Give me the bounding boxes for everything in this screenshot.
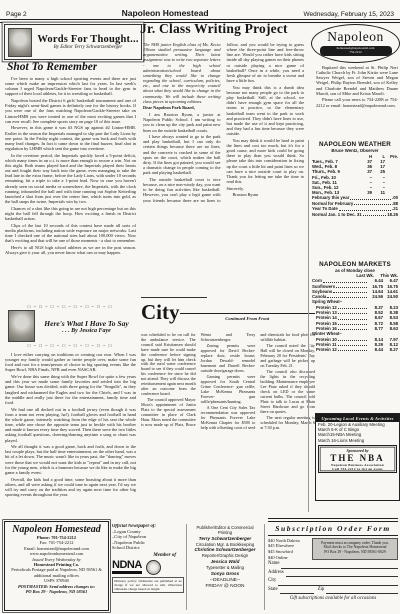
field-label: City (268, 577, 276, 586)
logo-contact-band: homestead@napoleonnd.com 754-2212 (320, 46, 392, 56)
dot-leader (336, 287, 367, 288)
gift-subscription-note: Gift subscriptions available for all occ… (268, 596, 398, 601)
dot-leader (354, 204, 391, 205)
field-label: Address (268, 569, 284, 578)
events-box: Upcoming Local Events & Activities Feb. … (315, 413, 400, 501)
dot-leader (323, 282, 367, 283)
dot-leader (338, 308, 367, 309)
shot-article-body: I've been to many a high school sporting… (5, 76, 136, 301)
markets-table: NAPOLEON MARKETS as of Monday close Last… (312, 261, 398, 412)
jessica-photo (8, 310, 35, 342)
nba-sponsor-box: Sponsored by THE NBA Napoleon Business A… (318, 445, 397, 473)
price-last: 24.56 (368, 294, 383, 299)
column-byline: By Editor Terry Schwartzenberger (35, 45, 141, 50)
masthead-name: Napoleon Homestead (7, 524, 106, 535)
dot-leader (338, 324, 367, 325)
obituary-policy-note: Obituary policy: Obituaries are publishe… (112, 577, 184, 593)
divider-rule (264, 524, 265, 610)
price-this: 8.63 (383, 326, 398, 331)
news-paragraph: Please call your news to 754-2288 or 754… (316, 97, 398, 107)
dot-leader (338, 340, 367, 341)
subscription-form: Subscription Order Form $40 North Dakota… (268, 518, 398, 612)
jr-class-letter: The NHS junior English class of Ms. Keci… (143, 42, 304, 296)
letter-paragraph: You may think this is a dumb idea becaus… (227, 85, 305, 137)
weather-observer: Bruce Wentz, Observer (312, 148, 398, 153)
city-header-rule (180, 313, 316, 314)
staff-name: Sonya Gross (189, 571, 261, 576)
form-field-name: Name (268, 560, 398, 569)
dot-leader (338, 350, 367, 351)
article-paragraph: I've been to many a high school sporting… (5, 76, 136, 97)
editor-photo (8, 28, 32, 57)
column-byline: . . . By Jessica Faye (38, 328, 135, 334)
weather-title: NAPOLEON WEATHER (312, 141, 398, 148)
name-input-line[interactable] (281, 568, 398, 569)
event-item: March 16-Lions Meeting (316, 438, 399, 443)
letter-paragraph: I have always wanted to go to the park a… (143, 134, 221, 175)
staff-box: Publisher/Editor & Commercial Printing T… (189, 524, 261, 612)
dot-leader (327, 297, 367, 298)
article-paragraph: Overall, the kids had a good time, some … (5, 477, 136, 498)
markets-title: NAPOLEON MARKETS (312, 261, 398, 268)
article-paragraph: I love either carrying on traditions or … (5, 352, 136, 373)
city-headline: City (141, 301, 180, 331)
words-for-thought-box: Words For Thought... By Editor Terry Sch… (4, 24, 142, 60)
payment-note-line: PO Box 29 - Napoleon, ND 58561-0029 (315, 550, 395, 555)
press-association-seal-icon (146, 560, 161, 575)
letter-paragraph: You may think it would be hard to paint … (227, 138, 305, 184)
events-header: Upcoming Local Events & Activities (316, 414, 399, 422)
staff-name: Terry Schwartzenberger (189, 536, 261, 541)
article-paragraph: We've done this same thing with the Supe… (5, 374, 136, 405)
letter-salutation: Dear Napoleon Park Board, (143, 105, 221, 110)
staff-name: Christine Schwartzenberger (189, 547, 261, 552)
dot-leader (338, 345, 367, 346)
sponsor-name: THE NBA (319, 453, 396, 463)
news-paragraph: Baptized this weekend at St. Philip Neri… (316, 65, 398, 96)
commodity: Protein 12 (312, 347, 337, 352)
weather-summary-row: Normal Jan. 1 to Dec. 3118.26 (312, 212, 398, 217)
city-paragraph: The council noted the City Hall will be … (260, 344, 315, 369)
article-paragraph: Clips of the last 10 seconds of this con… (5, 223, 136, 244)
zip-input-line[interactable] (326, 593, 398, 594)
staff-role: Publisher/Editor & Commercial Printing (189, 526, 261, 536)
logo-name: Napoleon (312, 29, 399, 45)
news-note: Baptized this weekend at St. Philip Neri… (316, 65, 398, 139)
divider-rule (186, 524, 187, 610)
dot-leader (363, 215, 387, 216)
payment-note-box: Payment must accompany order. Thank you.… (312, 538, 398, 560)
price-this: 8.27 (383, 347, 398, 352)
paper-name: Napoleon Homestead (122, 8, 209, 18)
issue-date: Wednesday, February 15, 2023 (304, 11, 394, 18)
dot-leader (338, 319, 367, 320)
city-section-header: City Continued From Front (141, 301, 315, 331)
column-rule (308, 140, 309, 512)
ndna-logo: NDNA (112, 560, 142, 574)
letter-closing: Sincerely, (227, 186, 305, 191)
city-paragraph: The council also discussed the lights in… (260, 370, 315, 414)
dot-leader (338, 329, 367, 330)
staff-name: Jessica Wald (189, 559, 261, 564)
dot-leader (350, 199, 391, 200)
main-headline: Jr. Class Writing Project (140, 21, 306, 37)
article-paragraph: Here's to all NGS high school athletes a… (5, 245, 136, 255)
masthead-pobox: PO Box 29 - Napoleon, ND 58561 (7, 589, 106, 594)
price-last: 8.77 (368, 326, 383, 331)
city-paragraph: Zoning permits were approved for David B… (201, 344, 256, 373)
official-item: School District (112, 545, 184, 550)
weather-low: 11 (372, 190, 385, 195)
form-field-city: City (268, 577, 398, 586)
field-label: State (268, 586, 278, 595)
continued-from-front-label: Continued From Front (180, 316, 316, 321)
heres-what-body: I love either carrying on traditions or … (5, 352, 136, 518)
price-this: 24.50 (383, 294, 398, 299)
logo-phone: 754-2212 (320, 51, 392, 55)
subscription-title: Subscription Order Form (268, 524, 398, 536)
weather-table: NAPOLEON WEATHER Bruce Wentz, Observer H… (312, 141, 398, 259)
masthead-postage: Periodicals Postage paid at Napoleon, ND… (7, 567, 106, 578)
price-last: 8.44 (368, 347, 383, 352)
letter-signature: Braxton Ryum (227, 192, 305, 197)
market-row: Protein 128.448.27 (312, 347, 398, 352)
letter-paragraph: I am Braxton Ryum, a junior at Napoleon … (143, 112, 221, 133)
form-field-state-zip: StateZip (268, 586, 398, 595)
field-label: Name (268, 560, 279, 569)
form-top-rule (268, 518, 398, 522)
official-newspaper-box: Official Newspaper of: –Logan County –Ci… (112, 524, 184, 612)
deadline-line: FRIDAY @ NOON (189, 584, 261, 590)
weather-high: 39 (359, 190, 372, 195)
city-paragraph: The next regular meeting is scheduled fo… (260, 416, 315, 431)
page-number: Page 2 (6, 11, 27, 18)
dot-leader (338, 313, 367, 314)
city-paragraph: Gaming permits were approved for South C… (201, 375, 256, 404)
sponsor-call-note: Call 754-2212 to list an event (319, 467, 396, 471)
state-input-line[interactable] (280, 593, 314, 594)
page-header: Page 2 Napoleon Homestead Wednesday, Feb… (0, 4, 400, 18)
column-title: Here's What I Have To Say (38, 319, 135, 328)
city-input-line[interactable] (278, 585, 398, 586)
form-field-address: Address (268, 569, 398, 578)
article-headline: Shot To Remember (7, 61, 97, 73)
heres-what-box: □ ~ □ ~ □ ~ □ ~ □ ~ □ ~ □ ~ □ Here's Wha… (5, 304, 135, 349)
summary-label: Normal Jan. 1 to Dec. 31 (312, 212, 362, 217)
article-paragraph: Chances of a shot like this going in are… (5, 206, 136, 221)
article-paragraph: Napoleon hosted the District 6 girls' ba… (5, 98, 136, 124)
member-of-label: Member of (112, 553, 184, 558)
section-divider (141, 297, 207, 298)
dot-leader (339, 210, 391, 211)
article-paragraph: In the overtime period, the Imperials qu… (5, 153, 136, 205)
city-article-body: was scheduled to be on call for the ambu… (141, 333, 315, 517)
newspaper-page: Page 2 Napoleon Homestead Wednesday, Feb… (0, 0, 400, 614)
article-paragraph: We had one all decked out in a football … (5, 407, 136, 443)
city-paragraph: was scheduled to be on call for the ambu… (141, 333, 196, 397)
price-list: $40 North Dakota $45 Elsewhere $45 Snowb… (268, 538, 310, 560)
dot-leader (333, 292, 367, 293)
column-title: Words For Thought... (35, 34, 141, 45)
mustache-border-bottom: □ ~ □ ~ □ ~ □ ~ □ ~ □ ~ □ ~ □ (5, 343, 135, 348)
summary-value: 18.26 (387, 212, 398, 217)
intro-paragraph: The NHS junior English class of Ms. Keci… (143, 42, 221, 104)
masthead-box: Napoleon Homestead Phone: 701-754-2212 F… (4, 521, 109, 611)
article-paragraph: However, in this game it was #3 NGS up a… (5, 125, 136, 151)
address-input-line[interactable] (286, 576, 398, 577)
field-label: Zip (318, 586, 325, 595)
deadline-note: --DEADLINE-- FRIDAY @ NOON (189, 578, 261, 589)
napoleon-logo: Napoleon homestead@napoleonnd.com 754-22… (311, 24, 400, 63)
article-paragraph: We all thought it was a good game, back … (5, 444, 136, 475)
